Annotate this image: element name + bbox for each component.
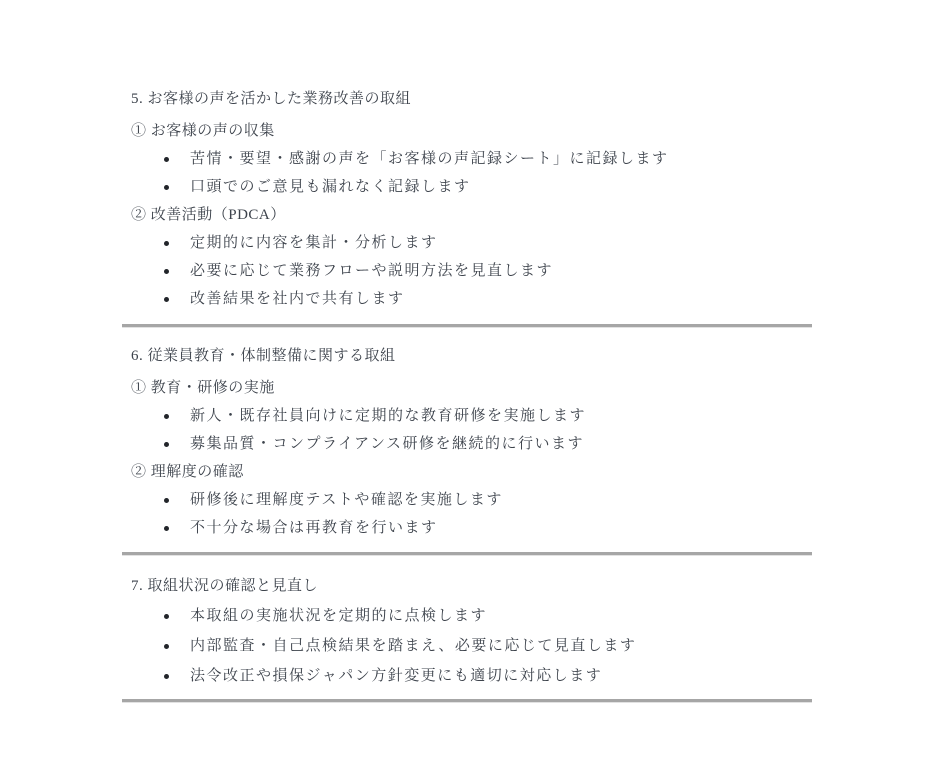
subsection-heading: ② 改善活動（PDCA） — [131, 204, 812, 232]
bullet-dot-icon — [164, 297, 169, 302]
bullet-item: 改善結果を社内で共有します — [122, 288, 812, 316]
bullet-item: 苦情・要望・感謝の声を「お客様の声記録シート」に記録します — [122, 148, 812, 176]
section-title: 6. 従業員教育・体制整備に関する取組 — [131, 345, 812, 377]
bullet-item: 必要に応じて業務フローや説明方法を見直します — [122, 260, 812, 288]
bullet-item: 法令改正や損保ジャパン方針変更にも適切に対応します — [122, 665, 812, 695]
bullet-text: 新人・既存社員向けに定期的な教育研修を実施します — [190, 405, 586, 427]
section-divider — [122, 324, 812, 328]
document-page: 5. お客様の声を活かした業務改善の取組 ① お客様の声の収集 苦情・要望・感謝… — [0, 0, 940, 758]
section-review: 7. 取組状況の確認と見直し 本取組の実施状況を定期的に点検します 内部監査・自… — [122, 575, 812, 695]
section-employee-education: 6. 従業員教育・体制整備に関する取組 ① 教育・研修の実施 新人・既存社員向け… — [122, 345, 812, 545]
bullet-item: 本取組の実施状況を定期的に点検します — [122, 605, 812, 635]
bullet-dot-icon — [164, 614, 169, 619]
bullet-text: 研修後に理解度テストや確認を実施します — [190, 489, 503, 511]
bullet-item: 定期的に内容を集計・分析します — [122, 232, 812, 260]
bullet-text: 内部監査・自己点検結果を踏まえ、必要に応じて見直します — [190, 635, 636, 657]
bullet-text: 苦情・要望・感謝の声を「お客様の声記録シート」に記録します — [190, 148, 669, 170]
bullet-dot-icon — [164, 674, 169, 679]
bullet-dot-icon — [164, 185, 169, 190]
section-title: 7. 取組状況の確認と見直し — [131, 575, 812, 605]
bullet-text: 口頭でのご意見も漏れなく記録します — [190, 176, 471, 198]
bullet-text: 不十分な場合は再教育を行います — [190, 517, 438, 539]
subsection-heading: ② 理解度の確認 — [131, 461, 812, 489]
bullet-item: 口頭でのご意見も漏れなく記録します — [122, 176, 812, 204]
bullet-text: 定期的に内容を集計・分析します — [190, 232, 438, 254]
subsection-heading: ① 教育・研修の実施 — [131, 377, 812, 405]
bullet-item: 新人・既存社員向けに定期的な教育研修を実施します — [122, 405, 812, 433]
bullet-dot-icon — [164, 442, 169, 447]
subsection-heading: ① お客様の声の収集 — [131, 120, 812, 148]
bullet-text: 本取組の実施状況を定期的に点検します — [190, 605, 487, 627]
bullet-dot-icon — [164, 498, 169, 503]
bullet-item: 内部監査・自己点検結果を踏まえ、必要に応じて見直します — [122, 635, 812, 665]
bullet-dot-icon — [164, 269, 169, 274]
bullet-text: 法令改正や損保ジャパン方針変更にも適切に対応します — [190, 665, 602, 687]
bullet-item: 募集品質・コンプライアンス研修を継続的に行います — [122, 433, 812, 461]
bullet-text: 募集品質・コンプライアンス研修を継続的に行います — [190, 433, 584, 455]
bullet-item: 研修後に理解度テストや確認を実施します — [122, 489, 812, 517]
bullet-text: 改善結果を社内で共有します — [190, 288, 405, 310]
document-content: 5. お客様の声を活かした業務改善の取組 ① お客様の声の収集 苦情・要望・感謝… — [122, 88, 812, 703]
bullet-item: 不十分な場合は再教育を行います — [122, 517, 812, 545]
section-title: 5. お客様の声を活かした業務改善の取組 — [131, 88, 812, 120]
bullet-dot-icon — [164, 414, 169, 419]
bullet-dot-icon — [164, 157, 169, 162]
section-customer-voice: 5. お客様の声を活かした業務改善の取組 ① お客様の声の収集 苦情・要望・感謝… — [122, 88, 812, 316]
bullet-dot-icon — [164, 644, 169, 649]
section-divider — [122, 699, 812, 703]
bullet-dot-icon — [164, 241, 169, 246]
bullet-dot-icon — [164, 526, 169, 531]
bullet-text: 必要に応じて業務フローや説明方法を見直します — [190, 260, 553, 282]
section-divider — [122, 552, 812, 556]
